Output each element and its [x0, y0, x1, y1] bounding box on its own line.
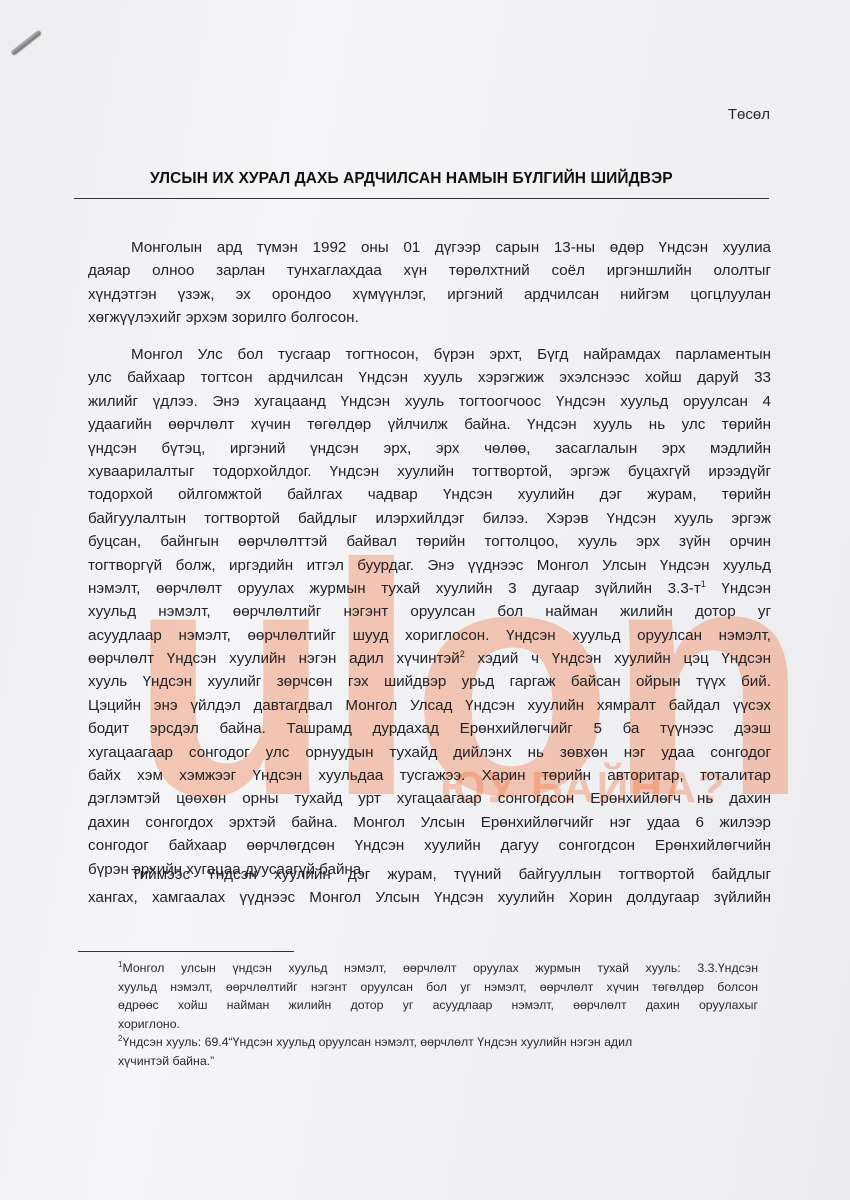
text-line: байгуулалтын тогтвортой байдлыг илэрхийл… — [88, 507, 771, 530]
footnote-1-line: 1Монгол улсын үндсэн хуульд нэмэлт, өөрч… — [118, 959, 758, 978]
text-line: Тиймээс Үндсэн хуулийн дэг журам, түүний… — [88, 863, 771, 886]
text-line: хууль Үндсэн хуулийг зөрчсөн гэх шийдвэр… — [88, 670, 771, 693]
footnote-2-line: 2Үндсэн хууль: 69.4“Үндсэн хуульд оруулс… — [118, 1033, 758, 1052]
text-line: Цэцийн энэ үйлдэл давтагдвал Монгол Улса… — [88, 694, 771, 717]
text-line: дэглэмтэй цөөхөн орны тухайд урт хугацаа… — [88, 787, 771, 810]
text-line: асуудлаар нэмэлт, өөрчлөлтийг шууд хориг… — [88, 624, 771, 647]
text-line: удаагийн өөрчлөлт хүчин төгөлдөр үйлчилж… — [88, 413, 771, 436]
text-segment: Монгол улсын үндсэн хуульд нэмэлт, өөрчл… — [122, 961, 758, 975]
paragraph-3: Тиймээс Үндсэн хуулийн дэг журам, түүний… — [88, 863, 771, 910]
text-line: сонгодог байхаар өөрчлөгдсөн Үндсэн хуул… — [88, 834, 771, 857]
document-title: УЛСЫН ИХ ХУРАЛ ДАХЬ АРДЧИЛСАН НАМЫН БҮЛГ… — [150, 170, 673, 188]
text-line: тодорхой ойлгомжтой байлгах чадвар Үндсэ… — [88, 483, 771, 506]
text-line: хугацаагаар сонгодог улс орнуудын тухайд… — [88, 741, 771, 764]
paragraph-2: Монгол Улс бол тусгаар тогтносон, бүрэн … — [88, 343, 771, 881]
footnote-2-line: хүчинтэй байна.” — [118, 1052, 758, 1071]
text-line: тогтворгүй болж, иргэдийн итгэл буурдаг.… — [88, 554, 771, 577]
text-segment: нэмэлт, өөрчлөлт оруулах журмын тухай ху… — [88, 580, 701, 597]
text-line: хуульд нэмэлт, өөрчлөлтийг нэгэнт оруулс… — [88, 600, 771, 623]
text-line: хөгжүүлэхийг эрхэм зорилго болгосон. — [88, 306, 771, 329]
text-line: буцсан, байнгын өөрчлөлттэй байвал төрий… — [88, 530, 771, 553]
text-line: Монгол Улс бол тусгаар тогтносон, бүрэн … — [88, 343, 771, 366]
text-segment: өөрчлөлт Үндсэн хуулийн нэгэн адил хүчин… — [88, 650, 460, 667]
title-underline — [74, 198, 769, 199]
footnote-separator — [78, 951, 294, 952]
text-line: хуваарилалтыг тодорхойлдог. Үндсэн хуули… — [88, 460, 771, 483]
draft-label: Төсөл — [728, 106, 770, 123]
paragraph-1: Монголын ард түмэн 1992 оны 01 дүгээр са… — [88, 236, 771, 330]
footnote-1-line: өдрөөс хойш найман жилийн дотор уг асууд… — [118, 996, 758, 1015]
text-line: байх хэм хэмжээг Үндсэн хуульдаа тусгажэ… — [88, 764, 771, 787]
text-line: даяар олноо зарлан тунхаглахдаа хүн төрө… — [88, 259, 771, 282]
text-line: бодит эрсдэл байна. Ташрамд дурдахад Ерө… — [88, 717, 771, 740]
text-line: Монголын ард түмэн 1992 оны 01 дүгээр са… — [88, 236, 771, 259]
text-line: дахин сонгогдох эрхтэй байна. Монгол Улс… — [88, 811, 771, 834]
text-line: нэмэлт, өөрчлөлт оруулах журмын тухай ху… — [88, 577, 771, 600]
text-line: жилийг үдлээ. Энэ хугацаанд Үндсэн хууль… — [88, 390, 771, 413]
text-segment: хэдий ч Үндсэн хуулийн цэц Үндсэн — [465, 650, 771, 667]
footnote-1-line: хориглоно. — [118, 1015, 758, 1034]
footnote-1-line: хуульд нэмэлт, өөрчлөлтийг нэгэнт оруулс… — [118, 978, 758, 997]
text-segment: Үндсэн — [706, 580, 771, 597]
text-line: хангах, хамгаалах үүднээс Монгол Улсын Ү… — [88, 886, 771, 909]
text-line: үндсэн бүтэц, иргэний үндсэн эрх, эрх чө… — [88, 437, 771, 460]
text-line: улс байхаар тогтсон ардчилсан Үндсэн хуу… — [88, 366, 771, 389]
text-line: өөрчлөлт Үндсэн хуулийн нэгэн адил хүчин… — [88, 647, 771, 670]
document-page: ulon ЮУ БАЙНА? Төсөл УЛСЫН ИХ ХУРАЛ ДАХЬ… — [0, 0, 850, 1200]
footnotes: 1Монгол улсын үндсэн хуульд нэмэлт, өөрч… — [118, 959, 758, 1071]
text-line: хүндэтгэн үзэж, эх орондоо хүмүүнлэг, ир… — [88, 283, 771, 306]
text-segment: Үндсэн хууль: 69.4“Үндсэн хуульд оруулса… — [122, 1035, 632, 1049]
